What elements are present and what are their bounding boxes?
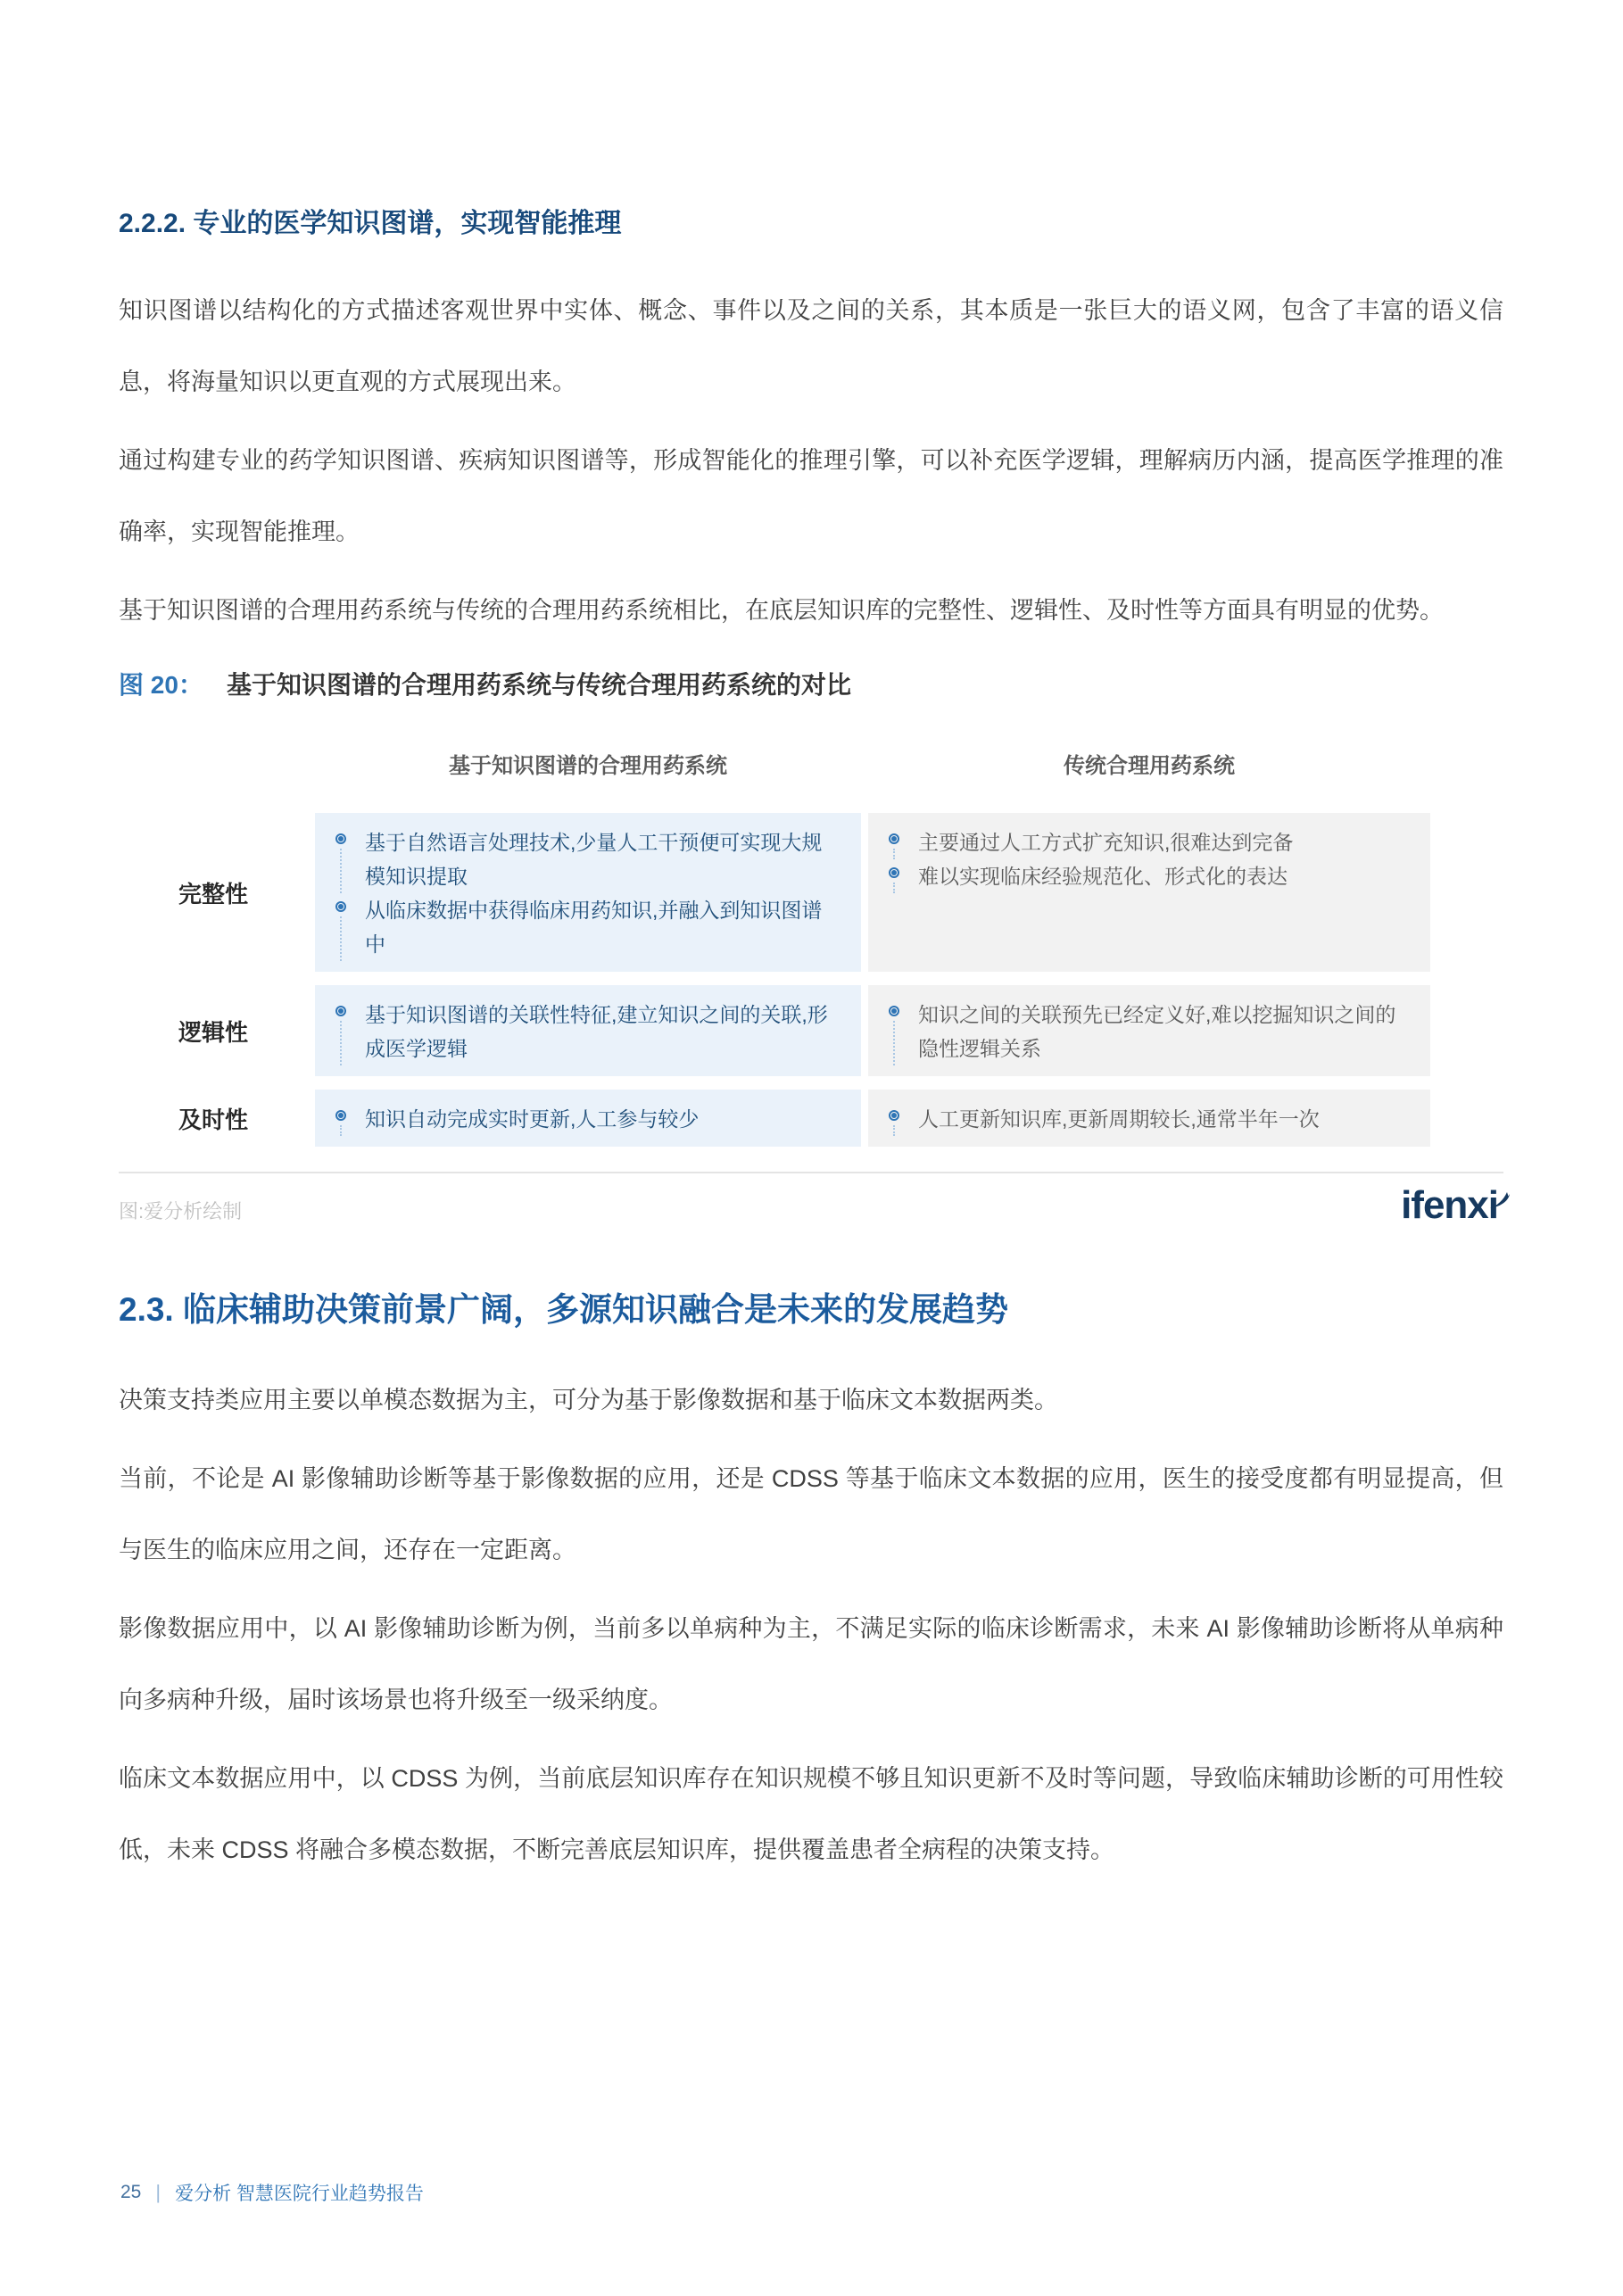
paragraph: 通过构建专业的药学知识图谱、疾病知识图谱等，形成智能化的推理引擎，可以补充医学逻… [119,425,1503,568]
list-item: 基于知识图谱的关联性特征,建立知识之间的关联,形成医学逻辑 [333,998,841,1065]
figure-source-caption: 图:爱分析绘制 [119,1182,242,1224]
figure-title-text: 基于知识图谱的合理用药系统与传统合理用药系统的对比 [227,671,851,699]
section-2-2-2-heading: 2.2.2. 专业的医学知识图谱，实现智能推理 [119,205,1503,243]
table-row: 逻辑性 基于知识图谱的关联性特征,建立知识之间的关联,形成医学逻辑 知识之间的关… [119,985,1430,1076]
list-item-text: 基于知识图谱的关联性特征,建立知识之间的关联,形成医学逻辑 [365,998,841,1065]
list-item-text: 知识自动完成实时更新,人工参与较少 [365,1102,841,1136]
bullet-ring-icon [886,825,902,859]
list-item-text: 从临床数据中获得临床用药知识,并融入到知识图谱中 [365,893,841,961]
ifenxi-logo: ifenxi [1401,1182,1503,1229]
list-item-text: 知识之间的关联预先已经定义好,难以挖掘知识之间的隐性逻辑关系 [918,998,1411,1065]
table-row: 完整性 基于自然语言处理技术,少量人工干预便可实现大规模知识提取 从临床数据中获… [119,813,1430,972]
paragraph: 基于知识图谱的合理用药系统与传统的合理用药系统相比，在底层知识库的完整性、逻辑性… [119,575,1503,646]
figure-number-label: 图 20： [119,671,203,699]
row-label-logicality: 逻辑性 [119,985,308,1076]
kg-cell-completeness: 基于自然语言处理技术,少量人工干预便可实现大规模知识提取 从临床数据中获得临床用… [315,813,861,972]
kg-cell-timeliness: 知识自动完成实时更新,人工参与较少 [315,1090,861,1147]
list-item: 主要通过人工方式扩充知识,很难达到完备 [886,825,1411,859]
bullet-ring-icon [886,859,902,893]
paragraph: 临床文本数据应用中，以 CDSS 为例，当前底层知识库存在知识规模不够且知识更新… [119,1743,1503,1886]
figure-title: 图 20：基于知识图谱的合理用药系统与传统合理用药系统的对比 [119,666,1503,705]
paragraph: 影像数据应用中，以 AI 影像辅助诊断为例，当前多以单病种为主，不满足实际的临床… [119,1593,1503,1736]
footer-separator: | [155,2181,161,2204]
page-number: 25 [120,2182,141,2203]
trad-cell-timeliness: 人工更新知识库,更新周期较长,通常半年一次 [868,1090,1430,1147]
list-item: 从临床数据中获得临床用药知识,并融入到知识图谱中 [333,893,841,961]
bullet-ring-icon [333,893,349,961]
comparison-table: 基于知识图谱的合理用药系统 传统合理用药系统 完整性 基于自然语言处理技术,少量… [119,748,1430,1147]
table-row: 及时性 知识自动完成实时更新,人工参与较少 人工更新知识库,更新周期较长,通常半… [119,1090,1430,1147]
column-header-traditional: 传统合理用药系统 [868,748,1430,779]
list-item: 知识之间的关联预先已经定义好,难以挖掘知识之间的隐性逻辑关系 [886,998,1411,1065]
trad-cell-completeness: 主要通过人工方式扩充知识,很难达到完备 难以实现临床经验规范化、形式化的表达 [868,813,1430,972]
ifenxi-logo-text: ifenxi [1401,1183,1498,1227]
table-header-spacer [119,748,308,779]
list-item: 知识自动完成实时更新,人工参与较少 [333,1102,841,1136]
figure-footer: 图:爱分析绘制 ifenxi [119,1172,1503,1229]
section-2-3-heading: 2.3. 临床辅助决策前景广阔，多源知识融合是未来的发展趋势 [119,1288,1503,1332]
kg-cell-logicality: 基于知识图谱的关联性特征,建立知识之间的关联,形成医学逻辑 [315,985,861,1076]
footer-report-title: 爱分析 智慧医院行业趋势报告 [175,2179,424,2206]
bullet-ring-icon [333,1102,349,1136]
bullet-ring-icon [333,998,349,1065]
list-item: 人工更新知识库,更新周期较长,通常半年一次 [886,1102,1411,1136]
paragraph: 知识图谱以结构化的方式描述客观世界中实体、概念、事件以及之间的关系，其本质是一张… [119,275,1503,418]
list-item-text: 人工更新知识库,更新周期较长,通常半年一次 [918,1102,1411,1136]
paragraph: 决策支持类应用主要以单模态数据为主，可分为基于影像数据和基于临床文本数据两类。 [119,1364,1503,1436]
list-item-text: 难以实现临床经验规范化、形式化的表达 [918,859,1411,893]
column-header-knowledge-graph: 基于知识图谱的合理用药系统 [315,748,861,779]
bullet-ring-icon [886,1102,902,1136]
list-item: 难以实现临床经验规范化、形式化的表达 [886,859,1411,893]
list-item: 基于自然语言处理技术,少量人工干预便可实现大规模知识提取 [333,825,841,893]
page-footer: 25 | 爱分析 智慧医院行业趋势报告 [120,2179,424,2206]
list-item-text: 基于自然语言处理技术,少量人工干预便可实现大规模知识提取 [365,825,841,893]
bullet-ring-icon [333,825,349,893]
row-label-timeliness: 及时性 [119,1090,308,1147]
row-label-completeness: 完整性 [119,813,308,972]
logo-swoosh-icon [1489,1175,1511,1222]
list-item-text: 主要通过人工方式扩充知识,很难达到完备 [918,825,1411,859]
paragraph: 当前，不论是 AI 影像辅助诊断等基于影像数据的应用，还是 CDSS 等基于临床… [119,1443,1503,1586]
trad-cell-logicality: 知识之间的关联预先已经定义好,难以挖掘知识之间的隐性逻辑关系 [868,985,1430,1076]
bullet-ring-icon [886,998,902,1065]
page-content: 2.2.2. 专业的医学知识图谱，实现智能推理 知识图谱以结构化的方式描述客观世… [119,0,1503,1893]
table-header-row: 基于知识图谱的合理用药系统 传统合理用药系统 [119,748,1430,779]
